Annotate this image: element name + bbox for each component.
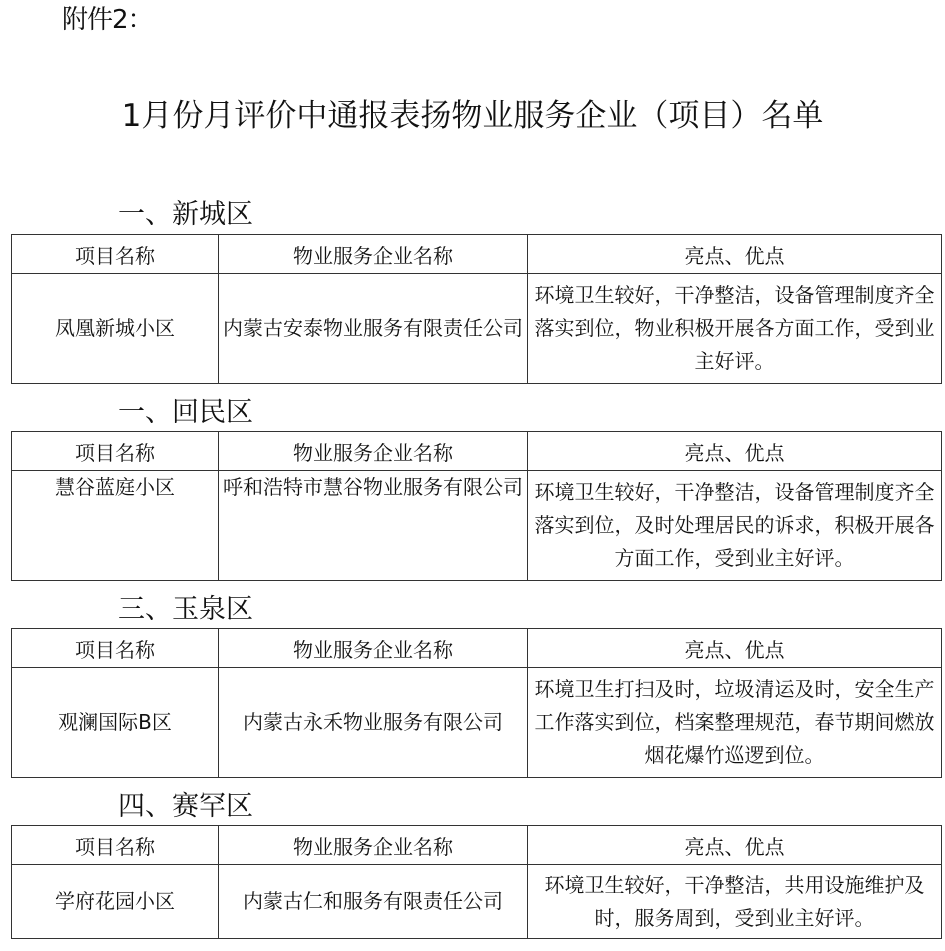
- column-header-project: 项目名称: [12, 235, 219, 274]
- column-header-project: 项目名称: [12, 826, 219, 865]
- cell-company: 内蒙古安泰物业服务有限责任公司: [219, 274, 528, 384]
- cell-project: 学府花园小区: [12, 865, 219, 939]
- cell-highlights: 环境卫生较好，干净整洁，设备管理制度齐全落实到位，物业积极开展各方面工作，受到业…: [528, 274, 942, 384]
- cell-project: 慧谷蓝庭小区: [12, 471, 219, 581]
- table-row: 慧谷蓝庭小区 呼和浩特市慧谷物业服务有限公司 环境卫生较好，干净整洁，设备管理制…: [12, 471, 942, 581]
- document-title: 1月份月评价中通报表扬物业服务企业（项目）名单: [0, 96, 945, 136]
- cell-project: 观澜国际B区: [12, 668, 219, 778]
- table-row: 观澜国际B区 内蒙古永禾物业服务有限公司 环境卫生打扫及时，垃圾清运及时，安全生…: [12, 668, 942, 778]
- column-header-company: 物业服务企业名称: [219, 432, 528, 471]
- column-header-company: 物业服务企业名称: [219, 235, 528, 274]
- table-header-row: 项目名称 物业服务企业名称 亮点、优点: [12, 432, 942, 471]
- cell-project: 凤凰新城小区: [12, 274, 219, 384]
- cell-highlights: 环境卫生打扫及时，垃圾清运及时，安全生产工作落实到位，档案整理规范，春节期间燃放…: [528, 668, 942, 778]
- column-header-company: 物业服务企业名称: [219, 826, 528, 865]
- table-xincheng: 项目名称 物业服务企业名称 亮点、优点 凤凰新城小区 内蒙古安泰物业服务有限责任…: [11, 234, 942, 384]
- table-header-row: 项目名称 物业服务企业名称 亮点、优点: [12, 235, 942, 274]
- cell-company: 呼和浩特市慧谷物业服务有限公司: [219, 471, 528, 581]
- section-heading-yuquan: 三、玉泉区: [118, 593, 253, 627]
- column-header-highlights: 亮点、优点: [528, 235, 942, 274]
- section-heading-huimin: 一、回民区: [118, 396, 253, 430]
- column-header-highlights: 亮点、优点: [528, 432, 942, 471]
- section-heading-saihan: 四、赛罕区: [118, 790, 253, 824]
- attachment-label: 附件2：: [62, 4, 153, 36]
- table-header-row: 项目名称 物业服务企业名称 亮点、优点: [12, 826, 942, 865]
- section-heading-xincheng: 一、新城区: [118, 198, 253, 232]
- column-header-highlights: 亮点、优点: [528, 826, 942, 865]
- cell-company: 内蒙古永禾物业服务有限公司: [219, 668, 528, 778]
- column-header-highlights: 亮点、优点: [528, 629, 942, 668]
- table-huimin: 项目名称 物业服务企业名称 亮点、优点 慧谷蓝庭小区 呼和浩特市慧谷物业服务有限…: [11, 431, 942, 581]
- table-yuquan: 项目名称 物业服务企业名称 亮点、优点 观澜国际B区 内蒙古永禾物业服务有限公司…: [11, 628, 942, 778]
- table-saihan: 项目名称 物业服务企业名称 亮点、优点 学府花园小区 内蒙古仁和服务有限责任公司…: [11, 825, 942, 939]
- cell-highlights: 环境卫生较好，干净整洁，共用设施维护及时，服务周到，受到业主好评。: [528, 865, 942, 939]
- table-header-row: 项目名称 物业服务企业名称 亮点、优点: [12, 629, 942, 668]
- column-header-company: 物业服务企业名称: [219, 629, 528, 668]
- table-row: 学府花园小区 内蒙古仁和服务有限责任公司 环境卫生较好，干净整洁，共用设施维护及…: [12, 865, 942, 939]
- column-header-project: 项目名称: [12, 432, 219, 471]
- column-header-project: 项目名称: [12, 629, 219, 668]
- cell-highlights: 环境卫生较好，干净整洁，设备管理制度齐全落实到位，及时处理居民的诉求，积极开展各…: [528, 471, 942, 581]
- cell-company: 内蒙古仁和服务有限责任公司: [219, 865, 528, 939]
- table-row: 凤凰新城小区 内蒙古安泰物业服务有限责任公司 环境卫生较好，干净整洁，设备管理制…: [12, 274, 942, 384]
